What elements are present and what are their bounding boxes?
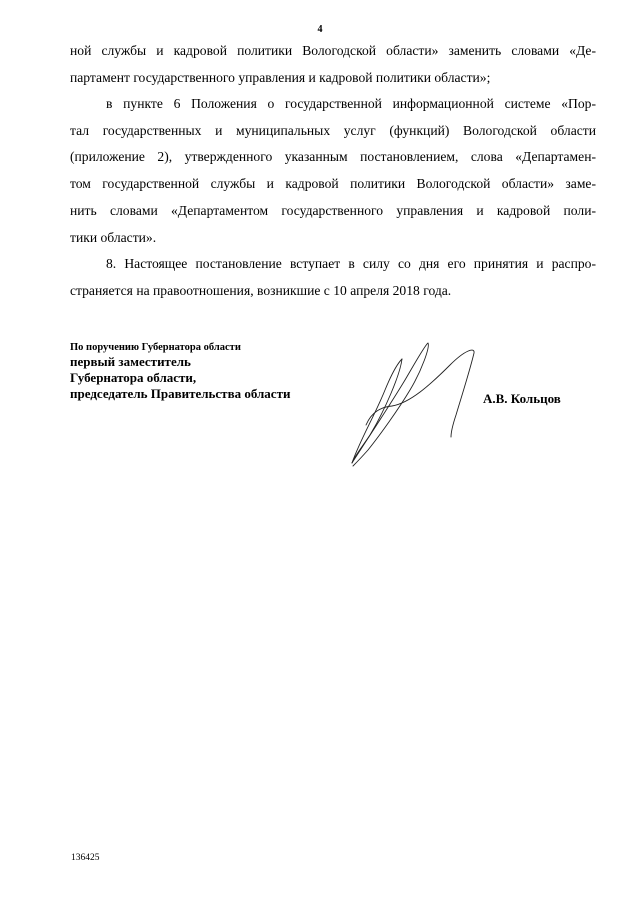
text-line: нить словами «Департаментом государствен… bbox=[70, 198, 596, 225]
position-line: Губернатора области, bbox=[70, 370, 290, 386]
text-line: тики области». bbox=[70, 225, 596, 252]
position-line: первый заместитель bbox=[70, 354, 290, 370]
text-line: партамент государственного управления и … bbox=[70, 65, 596, 92]
text-line: страняется на правоотношения, возникшие … bbox=[70, 278, 596, 305]
text-line: ной службы и кадровой политики Вологодск… bbox=[70, 38, 596, 65]
paragraph-clause-8: 8. Настоящее постановление вступает в си… bbox=[70, 251, 596, 304]
position-line: председатель Правительства области bbox=[70, 386, 290, 402]
handwritten-signature bbox=[330, 335, 480, 470]
text-line: (приложение 2), утвержденного указанным … bbox=[70, 144, 596, 171]
authority-line: По поручению Губернатора области bbox=[70, 341, 290, 354]
text-line: тал государственных и муниципальных услу… bbox=[70, 118, 596, 145]
paragraph-clause-6: в пункте 6 Положения о государственной и… bbox=[70, 91, 596, 251]
text-line: в пункте 6 Положения о государственной и… bbox=[70, 91, 596, 118]
page-number: 4 bbox=[0, 24, 640, 35]
signature-block: По поручению Губернатора области первый … bbox=[70, 341, 290, 402]
document-id: 136425 bbox=[71, 853, 100, 863]
signer-name: А.В. Кольцов bbox=[483, 391, 561, 407]
paragraph-continuation: ной службы и кадровой политики Вологодск… bbox=[70, 38, 596, 91]
text-line: 8. Настоящее постановление вступает в си… bbox=[70, 251, 596, 278]
text-line: том государственной службы и кадровой по… bbox=[70, 171, 596, 198]
